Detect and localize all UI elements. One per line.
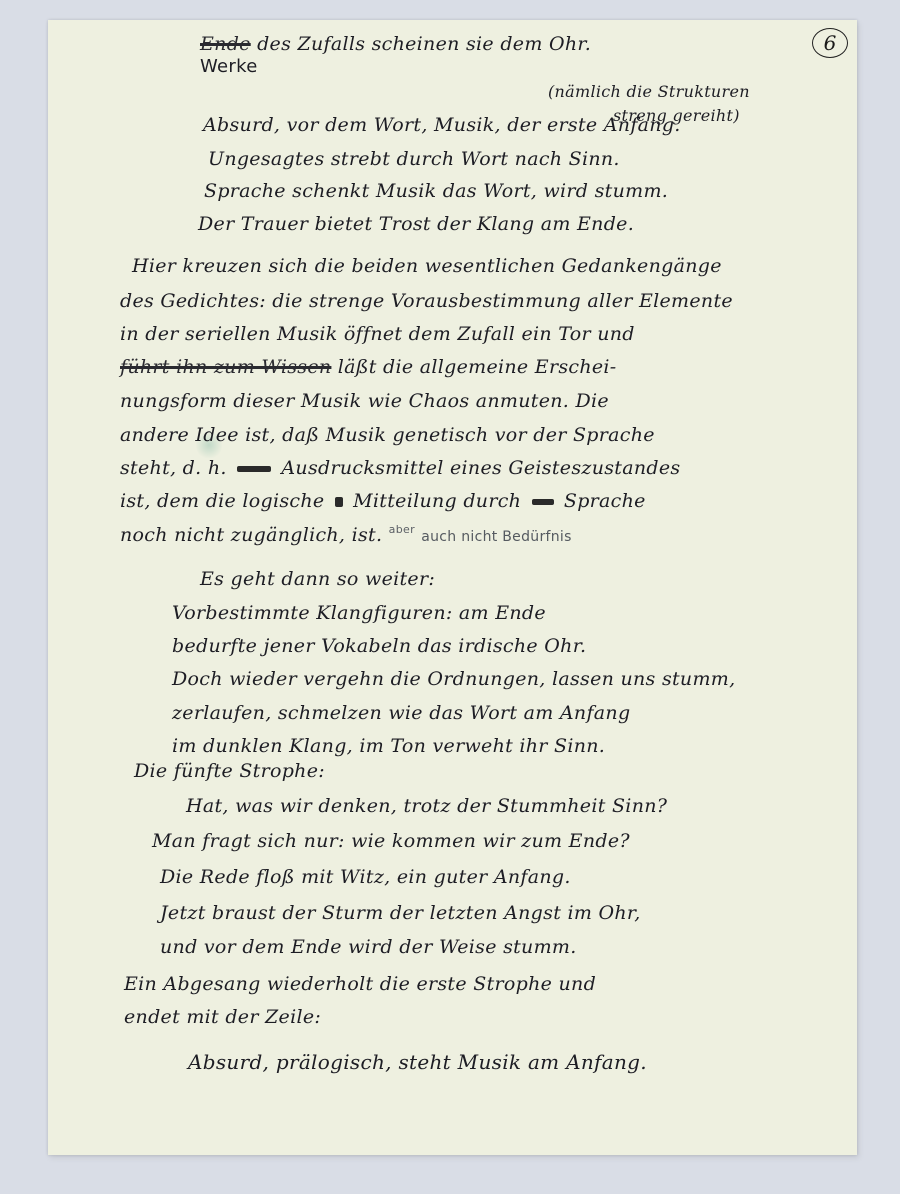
verse-line: Doch wieder vergehn die Ordnungen, lasse… [172, 668, 735, 690]
verse-line: Jetzt braust der Sturm der letzten Angst… [160, 902, 641, 924]
margin-note-1: (nämlich die Strukturen [548, 82, 750, 101]
verse-line: Hat, was wir denken, trotz der Stummheit… [186, 795, 667, 817]
prose-text: ist. [352, 524, 383, 546]
verse-line: zerlaufen, schmelzen wie das Wort am Anf… [172, 702, 630, 724]
scribbled-out-letter [335, 497, 343, 507]
prose-line: andere Idee ist, daß Musik genetisch vor… [120, 424, 655, 446]
scribbled-out-word [237, 466, 271, 472]
prose-text: Mitteilung durch [353, 490, 521, 512]
prose-line: nungsform dieser Musik wie Chaos anmuten… [120, 390, 609, 412]
verse-line-1: Ende des Zufalls scheinen sie dem Ohr. [200, 33, 591, 55]
scribbled-out-word [532, 499, 554, 505]
verse-line: Die Rede floß mit Witz, ein guter Anfang… [160, 866, 571, 888]
verse-line: bedurfte jener Vokabeln das irdische Ohr… [172, 635, 586, 657]
verse-line: und vor dem Ende wird der Weise stumm. [160, 936, 577, 958]
pencil-insertion: aber [389, 523, 415, 536]
prose-text: Sprache [564, 490, 646, 512]
prose-line: Hier kreuzen sich die beiden wesentliche… [132, 255, 722, 277]
verse-line: Man fragt sich nur: wie kommen wir zum E… [152, 830, 630, 852]
manuscript-page: 6 Ende des Zufalls scheinen sie dem Ohr.… [48, 20, 857, 1155]
final-verse-line: Absurd, prälogisch, steht Musik am Anfan… [188, 1050, 647, 1074]
verse-line: im dunklen Klang, im Ton verweht ihr Sin… [172, 735, 605, 757]
verse-line-2: Absurd, vor dem Wort, Musik, der erste A… [203, 114, 681, 136]
prose-line: Ein Abgesang wiederholt die erste Stroph… [124, 973, 596, 995]
prose-line: steht, d. h. Ausdrucksmittel eines Geist… [120, 457, 680, 479]
prose-text: läßt die allgemeine Erschei- [338, 356, 617, 378]
struck-word: Ende [200, 33, 251, 55]
prose-text: Ausdrucksmittel eines Geisteszustandes [281, 457, 680, 479]
prose-line: endet mit der Zeile: [124, 1006, 321, 1028]
pencil-annotation: auch nicht Bedürfnis [421, 529, 571, 545]
page-number: 6 [812, 28, 848, 58]
prose-line: noch nicht zugänglich, ist. aber auch ni… [120, 524, 572, 546]
struck-phrase: führt ihn zum Wissen [120, 356, 331, 378]
verse-line-3: Ungesagtes strebt durch Wort nach Sinn. [208, 148, 620, 170]
prose-text: ist, dem die logische [120, 490, 324, 512]
prose-text: noch nicht zugänglich, [120, 524, 345, 546]
section-intro: Es geht dann so weiter: [200, 568, 435, 590]
correction-word: Werke [200, 56, 258, 77]
verse-line-4: Sprache schenkt Musik das Wort, wird stu… [204, 180, 668, 202]
section-intro: Die fünfte Strophe: [134, 760, 325, 782]
verse-line-5: Der Trauer bietet Trost der Klang am End… [198, 213, 634, 235]
prose-line: des Gedichtes: die strenge Vorausbestimm… [120, 290, 733, 312]
verse-text: des Zufalls scheinen sie dem Ohr. [257, 33, 591, 55]
prose-line: in der seriellen Musik öffnet dem Zufall… [120, 323, 635, 345]
prose-line: führt ihn zum Wissen läßt die allgemeine… [120, 356, 617, 378]
prose-text: steht, d. h. [120, 457, 227, 479]
prose-line: ist, dem die logische Mitteilung durch S… [120, 490, 646, 512]
verse-line: Vorbestimmte Klangfiguren: am Ende [172, 602, 546, 624]
